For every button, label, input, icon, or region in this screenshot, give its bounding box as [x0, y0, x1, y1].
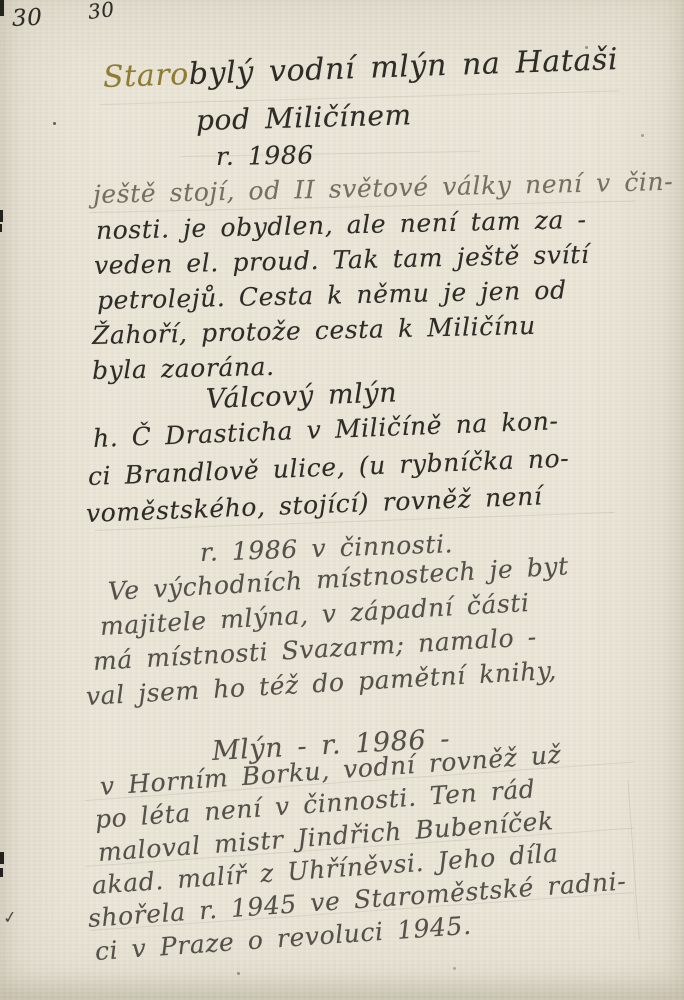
ink-speck: [453, 967, 456, 970]
scan-edge-mark: [0, 210, 3, 222]
paragraph1-line: byla zaorána.: [92, 352, 275, 385]
manuscript-page: 30 30 Starobylý vodní mlýn na Hataši pod…: [0, 0, 684, 1000]
margin-checkmark: ✓: [2, 907, 19, 929]
page-number-margin: 30: [11, 4, 43, 32]
paragraph1-line: Žahoří, protože cesta k Miličínu: [92, 311, 536, 350]
ruled-guideline: [628, 780, 640, 940]
scan-edge-mark: [0, 224, 2, 232]
title-line-3-year: r. 1986: [216, 140, 314, 171]
page-number-top: 30: [87, 0, 116, 24]
title-line-1-rest: bylý vodní mlýn na Hataši: [188, 42, 618, 92]
ink-speck: [641, 134, 644, 137]
scan-edge-mark: [0, 868, 3, 877]
title-line-2: pod Miličínem: [196, 98, 413, 137]
title-word-faded-ink: Staro: [102, 57, 189, 95]
scan-edge-mark: [0, 0, 4, 16]
paragraph1-line: nosti. je obydlen, ale není tam za -: [96, 205, 587, 245]
ink-speck: [237, 972, 240, 975]
section2-heading: Válcový mlýn: [205, 377, 397, 415]
scan-edge-mark: [0, 852, 4, 864]
paragraph1-line: petrolejů. Cesta k němu je jen od: [97, 275, 567, 315]
ink-speck: [53, 122, 56, 125]
paragraph1-line: ještě stojí, od II světové války není v …: [93, 167, 674, 209]
title-line-1: Starobylý vodní mlýn na Hataši: [102, 42, 618, 95]
paragraph1-line: veden el. proud. Tak tam ještě svítí: [94, 240, 590, 280]
